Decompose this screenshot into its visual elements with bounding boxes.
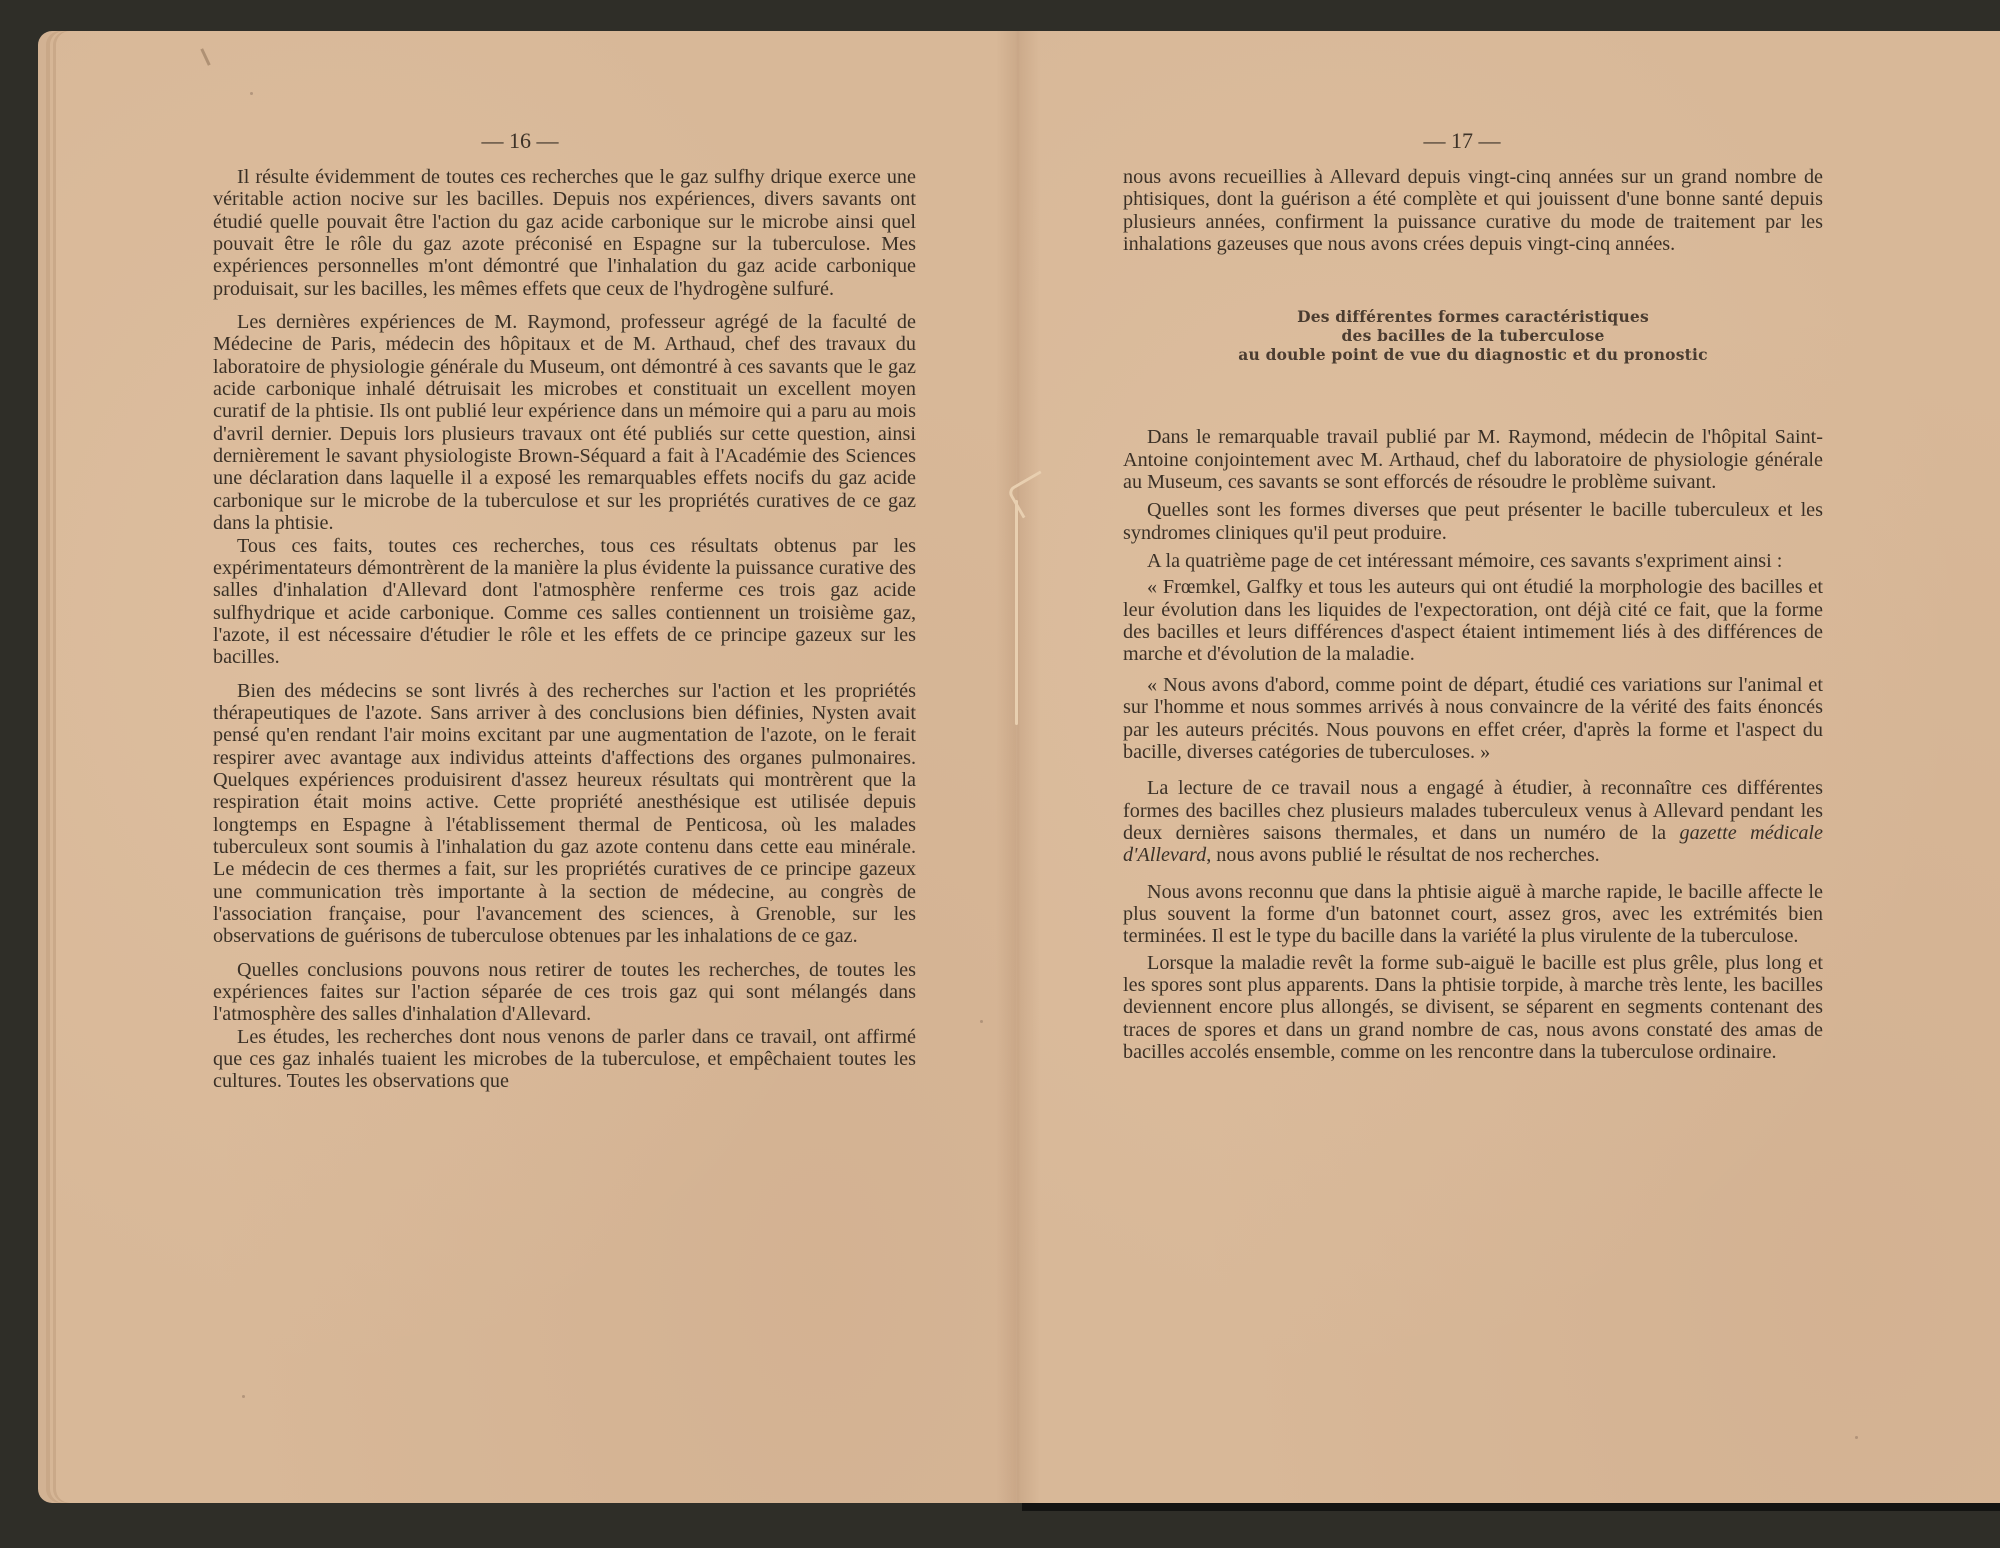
left-page-text: Il résulte évidemment de toutes ces rech… [213,166,916,1093]
paragraph: La lecture de ce travail nous a engagé à… [1123,777,1823,866]
paper-speck [1855,1436,1858,1439]
paper-speck [980,1020,983,1023]
paragraph: A la quatrième page de cet intéressant m… [1123,550,1823,572]
book-gutter [996,31,1040,1503]
paragraph: Quelles sont les formes diverses que peu… [1123,499,1823,544]
paragraph: Bien des médecins se sont livrés à des r… [213,680,916,948]
paragraph: Les dernières expériences de M. Raymond,… [213,311,916,534]
paragraph: Nous avons reconnu que dans la phtisie a… [1123,881,1823,948]
paragraph: Tous ces faits, toutes ces recherches, t… [213,535,916,669]
right-page-text: nous avons recueillies à Allevard depuis… [1123,166,1823,1063]
paper-speck [250,92,253,95]
paragraph: Lorsque la maladie revêt la forme sub-ai… [1123,952,1823,1064]
section-heading: Des différentes formes caractéristiques … [1123,307,1823,364]
section-heading-line-3: au double point de vue du diagnostic et … [1123,345,1823,364]
binding-thread [1015,500,1018,725]
paragraph: Les études, les recherches dont nous ven… [213,1026,916,1093]
page-number-left: — 16 — [420,128,620,154]
paragraph: Il résulte évidemment de toutes ces rech… [213,166,916,300]
paragraph: Dans le remarquable travail publié par M… [1123,426,1823,493]
section-heading-line-1: Des différentes formes caractéristiques [1123,307,1823,326]
paragraph-text: , nous avons publié le résultat de nos r… [1206,844,1600,866]
paper-speck [242,1395,245,1398]
section-heading-line-2: des bacilles de la tuberculose [1123,326,1823,345]
continuation-paragraph: nous avons recueillies à Allevard depuis… [1123,166,1823,255]
paragraph: Quelles conclusions pouvons nous retirer… [213,959,916,1026]
quote-paragraph: « Nous avons d'abord, comme point de dép… [1123,674,1823,763]
quote-paragraph: « Frœmkel, Galfky et tous les auteurs qu… [1123,576,1823,665]
page-number-right: — 17 — [1362,128,1562,154]
